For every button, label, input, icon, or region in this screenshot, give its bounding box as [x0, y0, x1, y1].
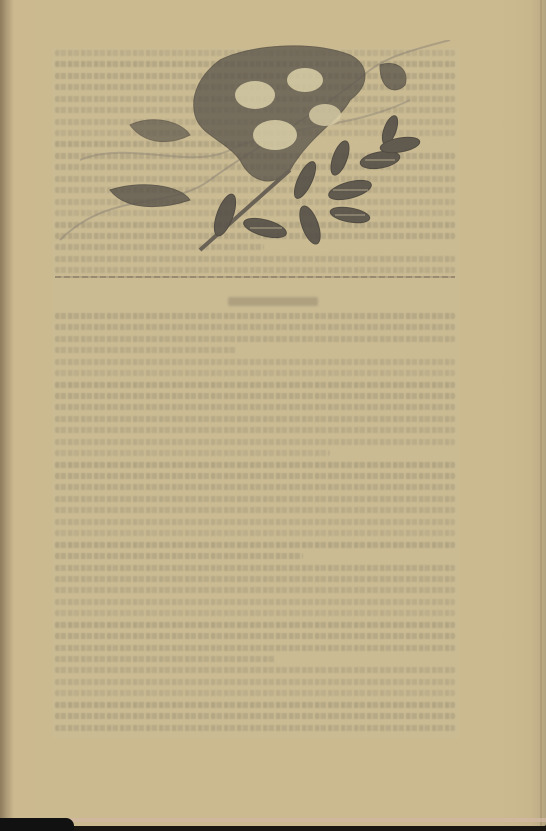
bleed-line: [55, 702, 455, 708]
bleed-line: [55, 679, 455, 685]
bleed-line: [55, 324, 455, 330]
bleed-line: [55, 462, 455, 468]
bleed-line: [55, 656, 276, 662]
page-edge-right: [540, 0, 542, 826]
bleed-line: [55, 587, 455, 593]
bleed-line: [55, 725, 455, 731]
bleed-line: [55, 565, 455, 571]
bleed-line: [55, 633, 455, 639]
floral-vignette-engraving: [50, 40, 460, 255]
bleed-line: [55, 599, 455, 605]
bleed-line: [55, 713, 455, 719]
bleed-line: [55, 645, 455, 651]
bleed-line: [55, 256, 455, 262]
bleed-line: [55, 359, 455, 365]
bleed-line: [55, 370, 455, 376]
bleed-line: [55, 313, 455, 319]
bleed-line: [55, 576, 455, 582]
bleed-line: [55, 450, 330, 456]
bleed-line: [55, 553, 303, 559]
bleed-line: [55, 610, 455, 616]
chapter-heading-bleed: [228, 297, 318, 306]
scan-background: [0, 818, 74, 831]
bleed-line: [55, 542, 455, 548]
bleed-line: [55, 519, 455, 525]
bleed-line: [55, 347, 237, 353]
bleed-line: [55, 507, 455, 513]
bleed-line: [55, 416, 455, 422]
bleed-line: [55, 690, 455, 696]
bleed-line: [55, 622, 455, 628]
bleed-line: [55, 496, 455, 502]
horizontal-rule: [55, 276, 455, 278]
page-edge-bottom: [70, 818, 546, 822]
bleed-line: [55, 530, 455, 536]
bleed-line: [55, 393, 455, 399]
bleed-line: [55, 473, 455, 479]
bleed-line: [55, 439, 455, 445]
bleed-line: [55, 404, 455, 410]
bleed-line: [55, 484, 455, 490]
bleed-line: [55, 267, 455, 273]
book-page: [0, 0, 546, 826]
spine-shadow: [0, 0, 14, 826]
bleed-line: [55, 336, 455, 342]
bleed-line: [55, 382, 455, 388]
bleed-line: [55, 427, 455, 433]
bleed-line: [55, 667, 455, 673]
